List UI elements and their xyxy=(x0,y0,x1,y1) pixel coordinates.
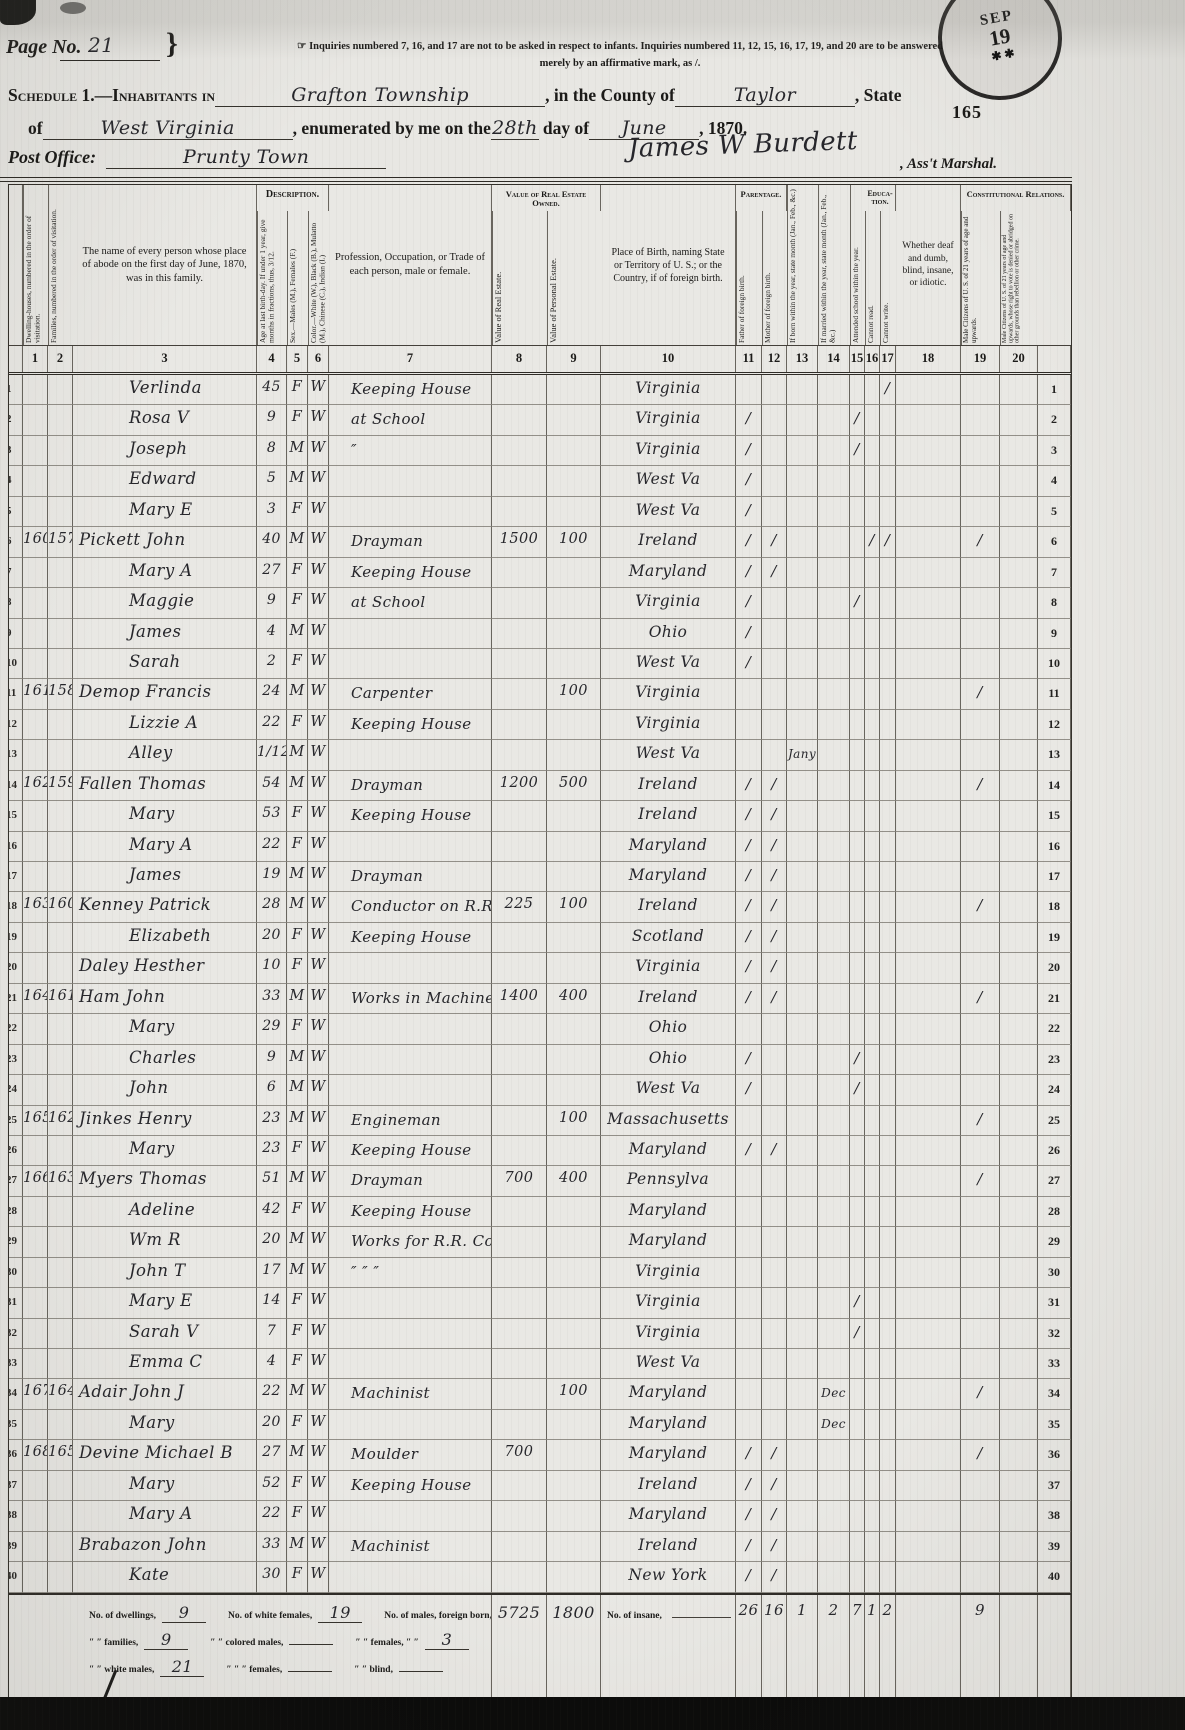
line-number-left: 7 xyxy=(9,558,23,588)
male-citizen-mark xyxy=(961,1501,1000,1531)
birth-month-value xyxy=(787,771,818,801)
county-label: , in the County of xyxy=(545,85,675,106)
line-number-left: 4 xyxy=(9,466,23,496)
dwelling-number xyxy=(23,1014,48,1044)
column-heading-20: Male Citizens of U. S. of 21 years of ag… xyxy=(1000,211,1038,345)
family-number xyxy=(48,1349,73,1379)
group-heading-description: Description. xyxy=(257,185,329,211)
cannot-write-mark xyxy=(880,1562,896,1592)
male-citizen-mark xyxy=(961,405,1000,435)
person-name: John xyxy=(73,1075,257,1105)
color-value: W xyxy=(308,1288,329,1318)
mother-foreign-mark xyxy=(762,375,787,405)
colored-males-label: ″ ″ colored males, xyxy=(210,1638,283,1648)
males-foreign-label: No. of males, foreign born, xyxy=(384,1611,492,1621)
attended-school-mark xyxy=(850,740,865,770)
cannot-write-total: 2 xyxy=(880,1595,896,1699)
family-number xyxy=(48,1258,73,1288)
sex-value: F xyxy=(287,558,308,588)
cannot-read-mark xyxy=(865,1075,880,1105)
mother-foreign-mark xyxy=(762,1197,787,1227)
occupation-value: Keeping House xyxy=(329,923,492,953)
occupation-value: Conductor on R.R. xyxy=(329,892,492,922)
mother-foreign-mark xyxy=(762,405,787,435)
person-name: Adair John J xyxy=(73,1379,257,1409)
birthplace-value: Virginia xyxy=(601,436,736,466)
line-number-left: 37 xyxy=(9,1471,23,1501)
birth-month-value xyxy=(787,1501,818,1531)
age-value: 53 xyxy=(257,801,287,831)
real-estate-value xyxy=(492,588,547,618)
birth-month-value xyxy=(787,801,818,831)
cannot-write-mark xyxy=(880,771,896,801)
page-number-value: 21 xyxy=(88,33,114,57)
occupation-value xyxy=(329,1319,492,1349)
married-month-value xyxy=(818,558,850,588)
table-row: 20Daley Hesther10FWVirginia//20 xyxy=(9,953,1071,983)
sex-value: F xyxy=(287,588,308,618)
summary-line-number-cell xyxy=(1038,1595,1071,1699)
color-value: W xyxy=(308,1501,329,1531)
birth-month-value xyxy=(787,923,818,953)
father-foreign-mark: / xyxy=(736,1501,762,1531)
colored-males-count xyxy=(289,1644,333,1645)
dwellings-count: 9 xyxy=(162,1603,206,1623)
personal-estate-value xyxy=(547,1075,601,1105)
line-number-right: 23 xyxy=(1038,1045,1071,1075)
birth-month-value xyxy=(787,1106,818,1136)
vote-denied-value xyxy=(1000,984,1038,1014)
mother-foreign-mark: / xyxy=(762,862,787,892)
page-number-brace: } xyxy=(166,27,178,61)
real-estate-value xyxy=(492,619,547,649)
deaf-dumb-value xyxy=(896,1197,961,1227)
birthplace-value: Virginia xyxy=(601,953,736,983)
mother-foreign-mark xyxy=(762,466,787,496)
birth-month-value xyxy=(787,466,818,496)
father-foreign-mark: / xyxy=(736,405,762,435)
line-number-left: 10 xyxy=(9,649,23,679)
cannot-write-mark xyxy=(880,1227,896,1257)
summary-counts: No. of dwellings, 9 No. of white females… xyxy=(9,1595,492,1699)
color-value: W xyxy=(308,405,329,435)
male-citizen-mark xyxy=(961,1227,1000,1257)
father-foreign-mark xyxy=(736,1288,762,1318)
column-heading-2: Families, numbered in the order of visit… xyxy=(48,185,73,345)
male-citizen-mark xyxy=(961,923,1000,953)
mother-foreign-mark: / xyxy=(762,892,787,922)
line-number-right: 6 xyxy=(1038,527,1071,557)
cannot-write-mark xyxy=(880,740,896,770)
school-total: 7 xyxy=(850,1595,865,1699)
personal-estate-value xyxy=(547,923,601,953)
father-foreign-mark: / xyxy=(736,771,762,801)
table-row: 26Mary23FWKeeping HouseMaryland//26 xyxy=(9,1136,1071,1166)
male-citizen-mark xyxy=(961,801,1000,831)
person-name: Brabazon John xyxy=(73,1532,257,1562)
table-row: 4Edward5MWWest Va/4 xyxy=(9,466,1071,496)
sex-value: M xyxy=(287,1227,308,1257)
sex-value: M xyxy=(287,1440,308,1470)
day-value: 28th xyxy=(491,117,539,140)
line-number-right: 11 xyxy=(1038,679,1071,709)
mother-foreign-mark xyxy=(762,1410,787,1440)
family-number: 159 xyxy=(48,771,73,801)
line-number-left: 11 xyxy=(9,679,23,709)
occupation-value: Drayman xyxy=(329,1166,492,1196)
of-label: of xyxy=(28,118,43,139)
age-value: 5 xyxy=(257,466,287,496)
cannot-read-mark xyxy=(865,832,880,862)
line-number-right: 33 xyxy=(1038,1349,1071,1379)
personal-estate-value xyxy=(547,862,601,892)
age-value: 52 xyxy=(257,1471,287,1501)
deaf-dumb-value xyxy=(896,1136,961,1166)
person-name: Mary A xyxy=(73,558,257,588)
insane-label: No. of insane, xyxy=(607,1611,662,1621)
cannot-read-mark xyxy=(865,1227,880,1257)
birthplace-value: Ireland xyxy=(601,892,736,922)
column-heading-18: Whether deaf and dumb, blind, insane, or… xyxy=(896,185,961,345)
cannot-read-mark: / xyxy=(865,527,880,557)
occupation-value xyxy=(329,1288,492,1318)
occupation-value xyxy=(329,1349,492,1379)
sex-value: F xyxy=(287,1319,308,1349)
birth-month-value xyxy=(787,892,818,922)
sex-value: M xyxy=(287,527,308,557)
color-value: W xyxy=(308,619,329,649)
attended-school-mark xyxy=(850,619,865,649)
age-value: 1/12 xyxy=(257,740,287,770)
line-number-right: 39 xyxy=(1038,1532,1071,1562)
sex-value: F xyxy=(287,1349,308,1379)
dwelling-number xyxy=(23,801,48,831)
personal-estate-value xyxy=(547,1562,601,1592)
cannot-read-mark xyxy=(865,1106,880,1136)
cannot-write-mark xyxy=(880,862,896,892)
column-number-row: 1234567891011121314151617181920 xyxy=(9,346,1071,375)
married-month-value xyxy=(818,1501,850,1531)
color-value: W xyxy=(308,984,329,1014)
cannot-read-mark xyxy=(865,1471,880,1501)
male-citizen-mark xyxy=(961,862,1000,892)
color-value: W xyxy=(308,375,329,405)
table-row: 31Mary E14FWVirginia/31 xyxy=(9,1288,1071,1318)
real-estate-value xyxy=(492,466,547,496)
column-number: 20 xyxy=(1000,346,1038,372)
personal-estate-value xyxy=(547,497,601,527)
females-foreign-label: ″ ″ females, ″ ″ xyxy=(355,1638,418,1648)
male-citizen-mark: / xyxy=(961,1106,1000,1136)
birth-month-value xyxy=(787,436,818,466)
table-row: 32Sarah V7FWVirginia/32 xyxy=(9,1319,1071,1349)
column-number: 9 xyxy=(547,346,601,372)
vote-denied-value xyxy=(1000,832,1038,862)
married-month-value xyxy=(818,1197,850,1227)
age-value: 9 xyxy=(257,405,287,435)
cannot-read-mark xyxy=(865,1501,880,1531)
attended-school-mark xyxy=(850,466,865,496)
table-row: 3Joseph8MW″Virginia//3 xyxy=(9,436,1071,466)
birthplace-value: Ohio xyxy=(601,1014,736,1044)
column-heading-12: Mother of foreign birth. xyxy=(762,211,787,345)
married-month-value xyxy=(818,740,850,770)
attended-school-mark xyxy=(850,1136,865,1166)
column-heading-10: Place of Birth, naming State or Territor… xyxy=(601,185,736,345)
post-office-line: Post Office: Prunty Town xyxy=(8,146,386,169)
male-citizen-mark: / xyxy=(961,771,1000,801)
age-value: 22 xyxy=(257,832,287,862)
deaf-dumb-value xyxy=(896,1258,961,1288)
sex-value: F xyxy=(287,923,308,953)
birth-month-value xyxy=(787,710,818,740)
vote-denied-value xyxy=(1000,953,1038,983)
vote-denied-value xyxy=(1000,1136,1038,1166)
column-heading-6: Color.—White (W.), Black (B.), Mulatto (… xyxy=(308,211,329,345)
color-value: W xyxy=(308,740,329,770)
sex-value: M xyxy=(287,466,308,496)
male-citizen-mark xyxy=(961,1045,1000,1075)
cannot-read-total: 1 xyxy=(865,1595,880,1699)
column-number: 10 xyxy=(601,346,736,372)
column-number: 14 xyxy=(818,346,850,372)
family-number: 160 xyxy=(48,892,73,922)
deaf-dumb-value xyxy=(896,436,961,466)
male-citizen-mark xyxy=(961,588,1000,618)
family-number xyxy=(48,1562,73,1592)
table-row: 40Kate30FWNew York//40 xyxy=(9,1562,1071,1592)
cannot-read-mark xyxy=(865,1197,880,1227)
vote-denied-value xyxy=(1000,527,1038,557)
family-number xyxy=(48,710,73,740)
sex-value: F xyxy=(287,1197,308,1227)
real-estate-value xyxy=(492,1319,547,1349)
deaf-dumb-value xyxy=(896,1106,961,1136)
birth-month-value xyxy=(787,679,818,709)
county-value: Taylor xyxy=(675,84,855,107)
attended-school-mark xyxy=(850,1258,865,1288)
real-estate-total: 5725 xyxy=(492,1595,547,1699)
occupation-value: at School xyxy=(329,405,492,435)
line-number-right: 37 xyxy=(1038,1471,1071,1501)
personal-estate-value xyxy=(547,558,601,588)
table-row: 25165162Jinkes Henry23MWEngineman100Mass… xyxy=(9,1106,1071,1136)
deaf-dumb-value xyxy=(896,953,961,983)
birthplace-value: Massachusetts xyxy=(601,1106,736,1136)
father-foreign-mark xyxy=(736,1106,762,1136)
vote-denied-value xyxy=(1000,1258,1038,1288)
line-number-right: 34 xyxy=(1038,1379,1071,1409)
mother-foreign-mark xyxy=(762,679,787,709)
male-citizen-mark xyxy=(961,740,1000,770)
mother-foreign-mark xyxy=(762,710,787,740)
mother-foreign-mark: / xyxy=(762,558,787,588)
personal-estate-value xyxy=(547,436,601,466)
mother-foreign-mark xyxy=(762,1319,787,1349)
line-number-right: 38 xyxy=(1038,1501,1071,1531)
age-value: 17 xyxy=(257,1258,287,1288)
vote-denied-value xyxy=(1000,1319,1038,1349)
personal-estate-value xyxy=(547,1501,601,1531)
sex-value: M xyxy=(287,679,308,709)
line-number-right: 14 xyxy=(1038,771,1071,801)
line-number-left: 15 xyxy=(9,801,23,831)
cannot-read-mark xyxy=(865,1045,880,1075)
attended-school-mark xyxy=(850,1166,865,1196)
birthplace-value: West Va xyxy=(601,1349,736,1379)
mother-foreign-mark: / xyxy=(762,832,787,862)
male-citizen-mark xyxy=(961,1562,1000,1592)
personal-estate-value xyxy=(547,740,601,770)
attended-school-mark xyxy=(850,862,865,892)
personal-estate-value xyxy=(547,953,601,983)
attended-school-mark xyxy=(850,1440,865,1470)
married-month-value xyxy=(818,1014,850,1044)
table-row: 21164161Ham John33MWWorks in Machine Sho… xyxy=(9,984,1071,1014)
line-number-right: 35 xyxy=(1038,1410,1071,1440)
birth-month-value xyxy=(787,832,818,862)
cannot-write-mark xyxy=(880,1166,896,1196)
table-row: 30John T17MW″ ″ ″Virginia30 xyxy=(9,1258,1071,1288)
cannot-read-mark xyxy=(865,588,880,618)
father-foreign-mark: / xyxy=(736,436,762,466)
person-name: Maggie xyxy=(73,588,257,618)
personal-estate-value: 500 xyxy=(547,771,601,801)
real-estate-value: 225 xyxy=(492,892,547,922)
table-row: 7Mary A27FWKeeping HouseMaryland//7 xyxy=(9,558,1071,588)
family-number xyxy=(48,375,73,405)
vote-denied-value xyxy=(1000,1106,1038,1136)
married-month-value xyxy=(818,710,850,740)
column-heading-1: Dwelling-houses, numbered in the order o… xyxy=(23,185,48,345)
real-estate-value xyxy=(492,1349,547,1379)
page-number-underline xyxy=(60,60,160,61)
color-value: W xyxy=(308,558,329,588)
real-estate-value xyxy=(492,832,547,862)
personal-estate-value xyxy=(547,1045,601,1075)
post-office-value: Prunty Town xyxy=(106,146,386,169)
male-citizen-mark xyxy=(961,466,1000,496)
real-estate-value xyxy=(492,1197,547,1227)
line-number-left: 29 xyxy=(9,1227,23,1257)
line-number-left: 5 xyxy=(9,497,23,527)
insane-blank-line xyxy=(672,1605,731,1618)
birth-month-value xyxy=(787,649,818,679)
personal-estate-value xyxy=(547,1349,601,1379)
father-foreign-mark: / xyxy=(736,1440,762,1470)
vote-denied-value xyxy=(1000,1014,1038,1044)
color-value: W xyxy=(308,1349,329,1379)
person-name: Edward xyxy=(73,466,257,496)
mother-foreign-mark: / xyxy=(762,1562,787,1592)
column-number: 2 xyxy=(48,346,73,372)
male-citizen-mark xyxy=(961,1471,1000,1501)
post-office-label: Post Office: xyxy=(8,147,96,168)
real-estate-value xyxy=(492,497,547,527)
vote-denied-value xyxy=(1000,558,1038,588)
father-foreign-mark: / xyxy=(736,923,762,953)
age-value: 42 xyxy=(257,1197,287,1227)
dwelling-number: 160 xyxy=(23,527,48,557)
vote-denied-value xyxy=(1000,436,1038,466)
real-estate-value xyxy=(492,1532,547,1562)
male-citizen-mark xyxy=(961,1532,1000,1562)
line-number-left: 30 xyxy=(9,1258,23,1288)
cannot-write-mark xyxy=(880,558,896,588)
deaf-dumb-value xyxy=(896,892,961,922)
vote-denied-value xyxy=(1000,405,1038,435)
cannot-write-mark xyxy=(880,649,896,679)
line-number-header-cell xyxy=(1038,346,1071,372)
cannot-read-mark xyxy=(865,1014,880,1044)
vote-denied-value xyxy=(1000,1562,1038,1592)
birthplace-value: Virginia xyxy=(601,679,736,709)
attended-school-mark xyxy=(850,832,865,862)
family-number xyxy=(48,466,73,496)
color-value: W xyxy=(308,832,329,862)
sex-value: F xyxy=(287,1471,308,1501)
summary-line-1: No. of dwellings, 9 No. of white females… xyxy=(89,1603,491,1623)
dwelling-number: 165 xyxy=(23,1106,48,1136)
table-row: 37Mary52FWKeeping HouseIreland//37 xyxy=(9,1471,1071,1501)
person-name: Devine Michael B xyxy=(73,1440,257,1470)
cannot-read-mark xyxy=(865,1136,880,1166)
birthplace-value: Maryland xyxy=(601,1501,736,1531)
age-value: 20 xyxy=(257,1410,287,1440)
married-month-value xyxy=(818,649,850,679)
dwelling-number xyxy=(23,1319,48,1349)
personal-estate-value: 100 xyxy=(547,527,601,557)
personal-estate-value: 400 xyxy=(547,1166,601,1196)
line-number-left: 27 xyxy=(9,1166,23,1196)
table-row: 11161158Demop Francis24MWCarpenter100Vir… xyxy=(9,679,1071,709)
deaf-dumb-value xyxy=(896,1440,961,1470)
occupation-value: Moulder xyxy=(329,1440,492,1470)
scan-smudge xyxy=(60,2,86,14)
column-heading-15: Attended school within the year. xyxy=(850,185,865,345)
sex-value: M xyxy=(287,771,308,801)
line-number-header-cell xyxy=(9,346,23,372)
deaf-dumb-value xyxy=(896,1349,961,1379)
vote-denied-value xyxy=(1000,740,1038,770)
dwelling-number xyxy=(23,1501,48,1531)
sex-value: F xyxy=(287,497,308,527)
real-estate-value: 700 xyxy=(492,1440,547,1470)
family-number xyxy=(48,1227,73,1257)
line-number-left: 39 xyxy=(9,1532,23,1562)
birth-month-value xyxy=(787,1045,818,1075)
column-heading-11: Father of foreign birth. xyxy=(736,211,762,345)
table-row: 33Emma C4FWWest Va33 xyxy=(9,1349,1071,1379)
age-value: 23 xyxy=(257,1106,287,1136)
age-value: 4 xyxy=(257,1349,287,1379)
person-name: Verlinda xyxy=(73,375,257,405)
family-number xyxy=(48,1471,73,1501)
line-number-left: 28 xyxy=(9,1197,23,1227)
deaf-dumb-value xyxy=(896,588,961,618)
cannot-read-mark xyxy=(865,1349,880,1379)
table-row: 29Wm R20MWWorks for R.R. CoMaryland29 xyxy=(9,1227,1071,1257)
vote-denied-value xyxy=(1000,892,1038,922)
cannot-read-mark xyxy=(865,375,880,405)
married-month-value xyxy=(818,1288,850,1318)
table-row: 14162159Fallen Thomas54MWDrayman1200500I… xyxy=(9,771,1071,801)
married-month-value xyxy=(818,862,850,892)
column-heading-14: If married within the year, state month … xyxy=(818,185,850,345)
table-row: 28Adeline42FWKeeping HouseMaryland28 xyxy=(9,1197,1071,1227)
occupation-value xyxy=(329,619,492,649)
family-number xyxy=(48,649,73,679)
